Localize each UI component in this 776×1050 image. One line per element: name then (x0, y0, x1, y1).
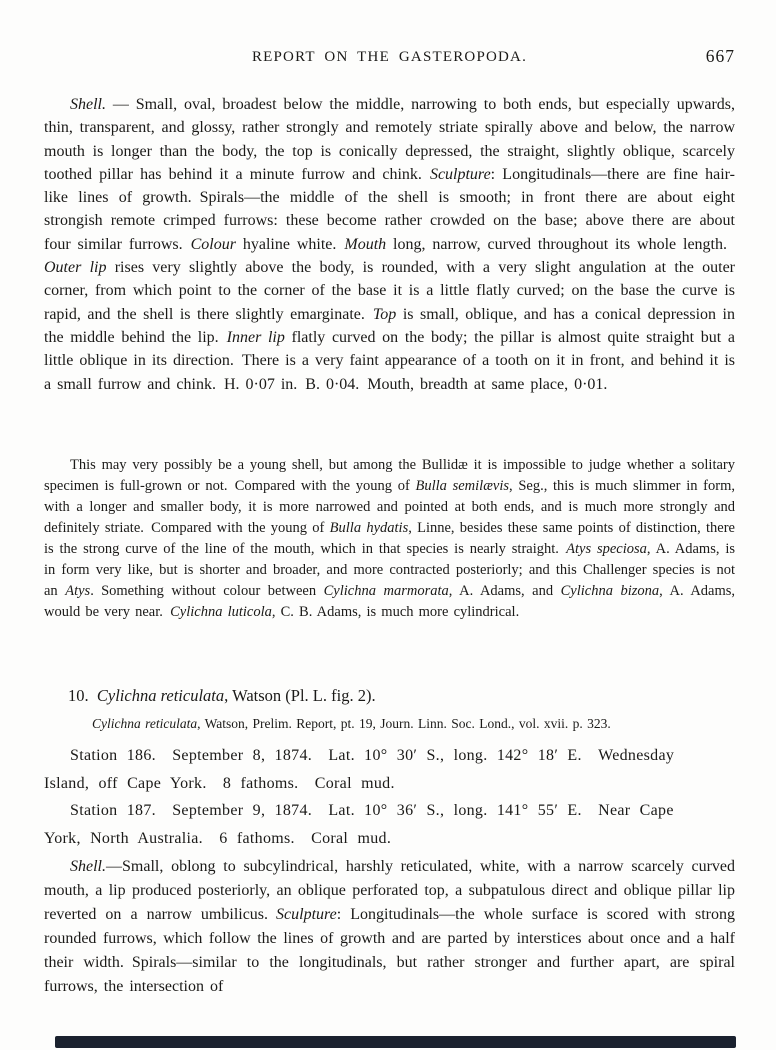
page-header: REPORT ON THE GASTEROPODA. 667 (44, 49, 735, 69)
paragraph-shell-description-2: Shell.—Small, oblong to subcylindrical, … (44, 855, 735, 999)
species-heading: 10. Cylichna reticulata, Watson (Pl. L. … (68, 686, 376, 706)
scan-artifact-bar (55, 1036, 736, 1048)
paragraph-comparison-discussion: This may very possibly be a young shell,… (44, 455, 735, 623)
running-title: REPORT ON THE GASTEROPODA. (44, 49, 735, 66)
species-citation: Cylichna reticulata, Watson, Prelim. Rep… (92, 716, 611, 732)
document-page: REPORT ON THE GASTEROPODA. 667 Shell. — … (0, 0, 776, 1050)
paragraph-station-187: Station 187. September 9, 1874. Lat. 10°… (44, 797, 735, 852)
page-number: 667 (706, 46, 735, 67)
paragraph-station-186: Station 186. September 8, 1874. Lat. 10°… (44, 742, 735, 797)
paragraph-shell-description: Shell. — Small, oval, broadest below the… (44, 93, 735, 396)
